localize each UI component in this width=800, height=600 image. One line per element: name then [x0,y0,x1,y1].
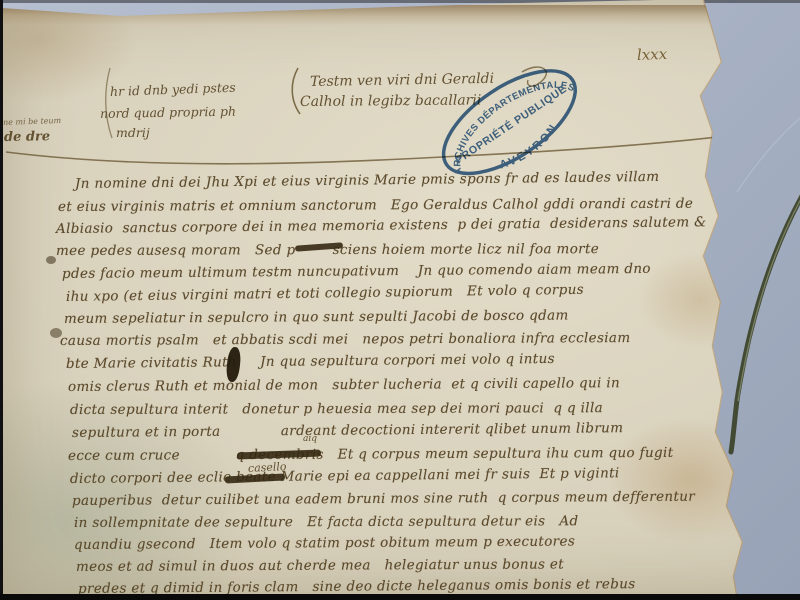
photo-edge-bottom [0,594,800,600]
manuscript-line: ecce cum cruce q decembris Et q corpus m… [68,445,674,464]
manuscript-line: et eius virginis matris et omnium sancto… [58,196,693,215]
interlinear-word-above: aiq [303,434,317,444]
manuscript-line: dicta sepultura interit donetur p heuesi… [70,400,603,418]
manuscript-line: causa mortis psalm et abbatis scdi mei n… [60,330,631,349]
thread [731,196,800,452]
margin-note: de dre [4,129,50,145]
manuscript-line: in sollempnitate dee sepulture Et facta … [74,513,579,531]
manuscript-line: meos et ad simul in duos aut cherde mea … [76,556,564,575]
header-title-line2: Calhol in legibz bacallarii [300,92,481,110]
header-title-line1: Testm ven viri dni Geraldi [310,71,494,90]
thread-highlight [738,199,800,401]
manuscript-photo: Testm ven viri dni Geraldi Calhol in leg… [0,0,800,600]
parchment-page: Testm ven viri dni Geraldi Calhol in leg… [0,0,800,600]
scratch-line [737,118,800,192]
photo-edge-left [0,0,3,600]
header-left-line3: mdrij [116,125,150,140]
flourish-stroke [106,68,112,138]
header-left-line2: nord quad propria ph [100,104,236,121]
folio-number: lxxx [637,45,668,64]
flourish-bracket [292,68,300,114]
